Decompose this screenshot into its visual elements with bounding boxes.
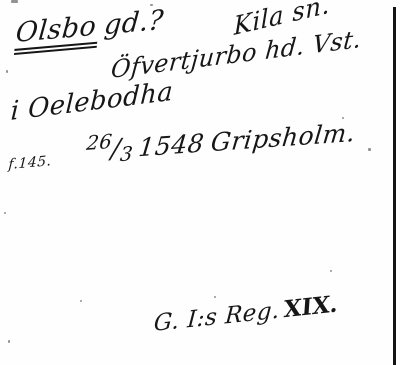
paper-speck [342,117,344,119]
date-year: 1548 [137,128,206,162]
source-line: G. I:s Reg.XIX. [153,292,339,336]
archive-card: Olsbogd.? Kila sn. Öfvertjurbo hd. Vst. … [0,0,400,365]
date-day: 26 [85,130,113,155]
paper-speck [214,296,216,298]
paper-speck [80,300,82,302]
paper-speck [11,0,18,3]
right-edge-rule [393,7,396,365]
date-month: 3 [119,142,134,166]
paper-speck [4,212,6,214]
paper-speck [368,148,371,151]
headword-qualifier: gd.? [103,5,165,42]
folio-reference: f.145. [8,154,52,172]
attested-name-form: i Oelebodha [10,79,174,125]
paper-speck [8,340,10,343]
paper-speck [150,4,153,6]
source-volume: XIX. [283,290,339,323]
date-fraction: 26/3 [84,130,136,167]
source-reference: G. I:s Reg. [153,297,281,337]
paper-speck [330,270,332,272]
issued-at: Gripsholm. [210,118,357,157]
paper-speck [6,70,8,73]
date-line: 26/31548Gripsholm. [84,115,357,167]
headword-line: Olsbogd.? [14,7,165,55]
headword: Olsbo [14,12,99,55]
